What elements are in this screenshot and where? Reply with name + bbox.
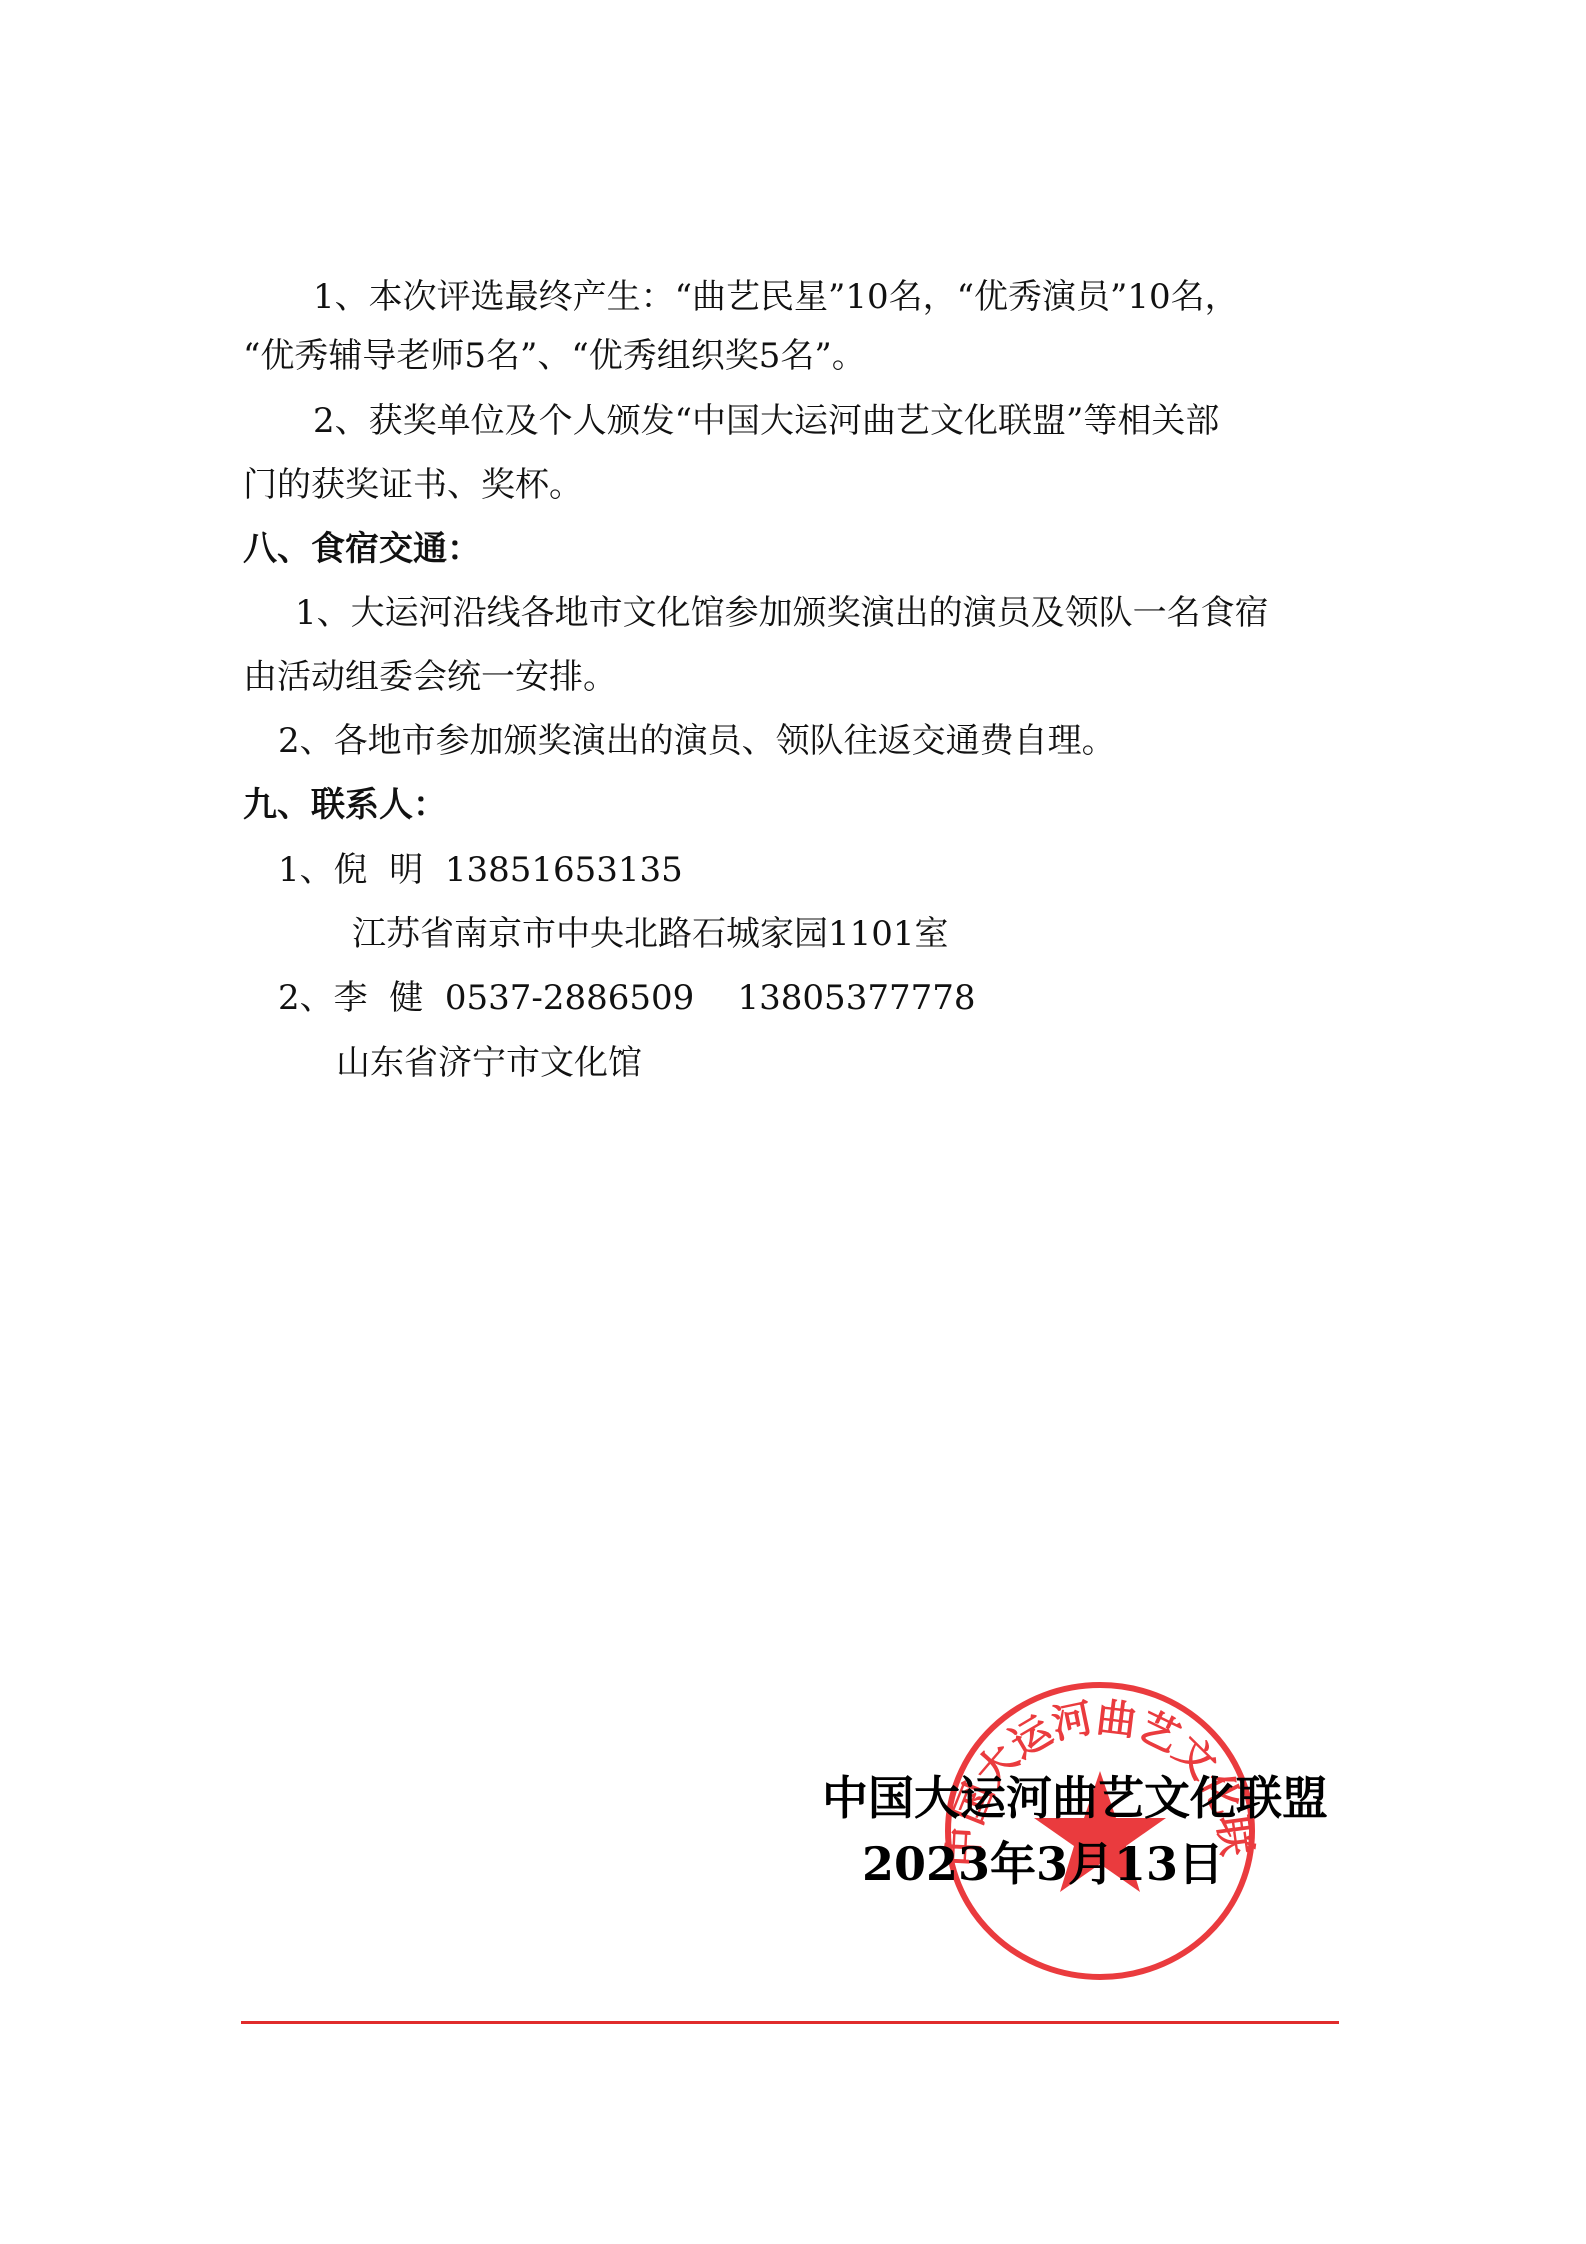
paragraph-award-1a: 1、本次评选最终产生：“曲艺民星”10名，“优秀演员”10名， bbox=[313, 275, 1239, 319]
footer-rule bbox=[241, 2021, 1339, 2024]
lodging-item-1b: 由活动组委会统一安排。 bbox=[243, 655, 617, 699]
signature-org: 中国大运河曲艺文化联盟 bbox=[822, 1762, 1328, 1828]
paragraph-award-1b: “优秀辅导老师5名”、“优秀组织奖5名”。 bbox=[243, 334, 866, 378]
section-heading-contacts: 九、联系人： bbox=[243, 783, 447, 827]
paragraph-award-2a: 2、获奖单位及个人颁发“中国大运河曲艺文化联盟”等相关部 bbox=[313, 399, 1219, 443]
contact-1-line: 1、倪 明 13851653135 bbox=[278, 848, 683, 892]
contact-2-address: 山东省济宁市文化馆 bbox=[336, 1041, 642, 1085]
lodging-item-1a: 1、大运河沿线各地市文化馆参加颁奖演出的演员及领队一名食宿 bbox=[295, 591, 1269, 635]
lodging-item-2: 2、各地市参加颁奖演出的演员、领队往返交通费自理。 bbox=[278, 719, 1116, 763]
signature-date: 2023年3月13日 bbox=[862, 1828, 1224, 1894]
section-heading-lodging: 八、食宿交通： bbox=[243, 527, 481, 571]
contact-1-address: 江苏省南京市中央北路石城家园1101室 bbox=[352, 912, 949, 956]
paragraph-award-2b: 门的获奖证书、奖杯。 bbox=[243, 463, 583, 507]
contact-2-line: 2、李 健 0537-2886509 13805377778 bbox=[278, 976, 975, 1020]
